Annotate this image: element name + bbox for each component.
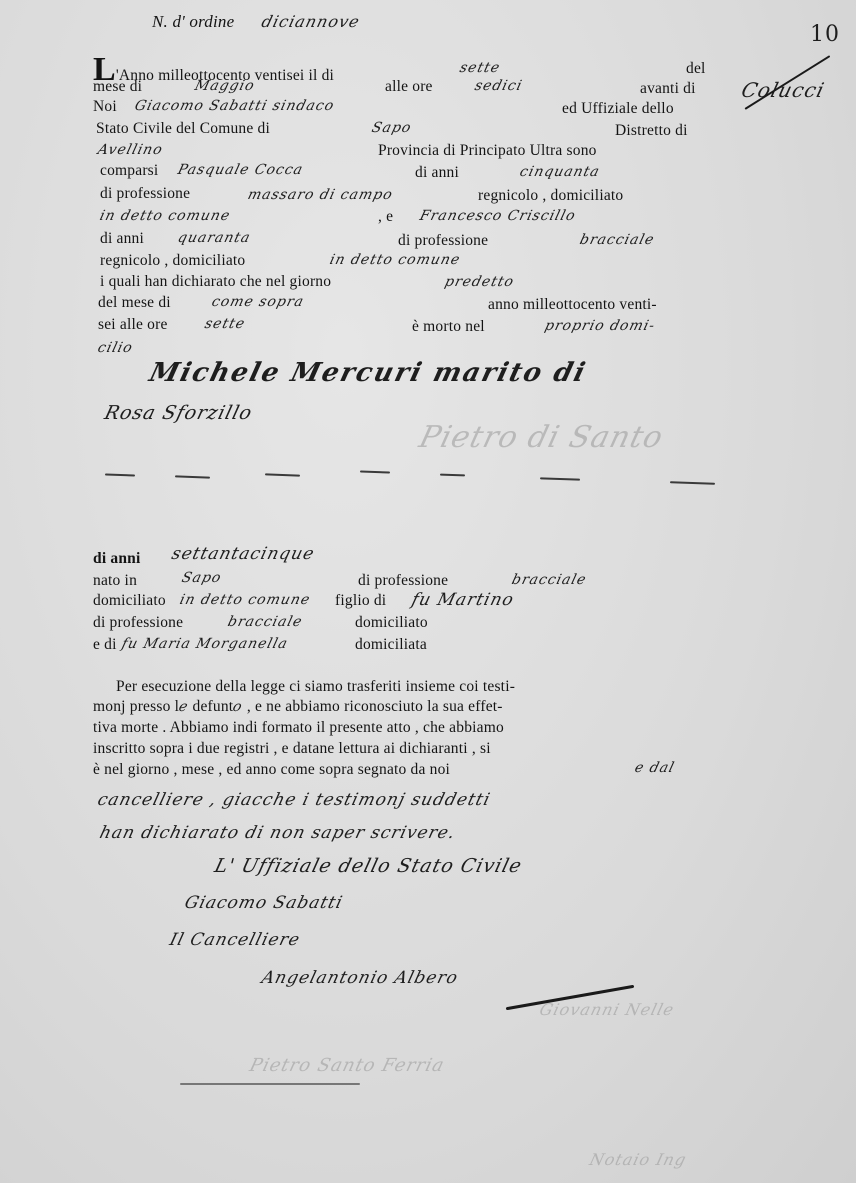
record-text: di professione <box>100 185 190 203</box>
ghost-stroke <box>180 1083 360 1085</box>
order-number-label: N. d' ordine <box>152 12 234 32</box>
detail-label: di professione <box>358 572 448 590</box>
deceased-profession: bracciale <box>510 572 588 588</box>
detail-label: di anni <box>93 550 141 568</box>
month-field: Maggio <box>193 78 257 94</box>
record-text: regnicolo , domiciliato <box>100 252 245 270</box>
record-text: di professione <box>398 232 488 250</box>
record-text: , e <box>378 208 393 226</box>
record-text: regnicolo , domiciliato <box>478 187 623 205</box>
detail-label: e di <box>93 636 117 654</box>
distretto-field: Avellino <box>96 142 165 158</box>
record-text: di anni <box>100 230 144 248</box>
deceased-domicile: in detto comune <box>178 592 312 608</box>
closing-handwritten: han dichiarato di non saper scrivere. <box>98 823 458 843</box>
declarant1-age: cinquanta <box>518 164 602 180</box>
record-text: anno milleottocento venti- <box>488 296 657 314</box>
deceased-name: Michele Mercuri marito di <box>146 358 590 388</box>
record-text: del <box>686 60 706 78</box>
comune-field: Sapo <box>370 120 413 136</box>
detail-label: domiciliato <box>93 592 166 610</box>
page-number: 10 <box>810 22 840 47</box>
fill-dash <box>105 473 135 476</box>
declarant2-name: Francesco Criscillo <box>418 208 578 224</box>
bleed-through-text: Pietro Santo Ferria <box>247 1055 446 1076</box>
record-text: Stato Civile del Comune di <box>96 120 270 138</box>
closing-handwritten: cancelliere , giacche i testimonj suddet… <box>96 790 493 810</box>
death-day-field: predetto <box>443 274 516 290</box>
closing-text: monj presso le defunto , e ne abbiamo ri… <box>93 698 503 716</box>
day-field: sette <box>458 60 502 76</box>
bleed-through-text: Notaio Ing <box>588 1150 689 1169</box>
declarant1-name: Pasquale Cocca <box>176 162 305 178</box>
closing-text: tiva morte . Abbiamo indi formato il pre… <box>93 719 504 737</box>
record-text: alle ore <box>385 78 433 96</box>
bleed-through-text: Giovanni Nelle <box>538 1000 677 1019</box>
record-text: Distretto di <box>615 122 688 140</box>
closing-handwritten: e dal <box>633 760 677 776</box>
declarant2-profession: bracciale <box>578 232 656 248</box>
declarant2-domicile: in detto comune <box>328 252 462 268</box>
record-text: di anni <box>415 164 459 182</box>
fill-dash <box>175 475 210 478</box>
deceased-age: settantacinque <box>170 544 317 564</box>
deceased-spouse: Rosa Sforzillo <box>102 402 255 424</box>
record-text: del mese di <box>98 294 171 312</box>
record-text: Provincia di Principato Ultra sono <box>378 142 597 160</box>
fill-dash <box>540 477 580 480</box>
fill-dash <box>265 473 300 476</box>
margin-note: Colucci <box>739 78 827 102</box>
fill-dash <box>670 481 715 485</box>
record-text: i quali han dichiarato che nel giorno <box>100 273 331 291</box>
record-text: comparsi <box>100 162 158 180</box>
closing-text: è nel giorno , mese , ed anno come sopra… <box>93 761 450 779</box>
record-text: Noi <box>93 98 117 116</box>
birthplace: Sapo <box>180 570 223 586</box>
death-month-field: come sopra <box>210 294 306 310</box>
record-text: sei alle ore <box>98 316 168 334</box>
father-name: fu Martino <box>410 590 517 610</box>
closing-text: inscritto sopra i due registri , e datan… <box>93 740 491 758</box>
record-text: avanti di <box>640 80 696 98</box>
fill-dash <box>440 474 465 477</box>
official-title: L' Uffiziale dello Stato Civile <box>212 855 524 877</box>
death-place-cont: cilio <box>96 340 135 356</box>
detail-label: domiciliato <box>355 614 428 632</box>
mother-name: fu Maria Morganella <box>120 636 290 652</box>
declarant1-domicile: in detto comune <box>98 208 232 224</box>
official-signature: Giacomo Sabatti <box>183 893 346 913</box>
detail-label: figlio di <box>335 592 386 610</box>
father-profession: bracciale <box>226 614 304 630</box>
official-field: Giacomo Sabatti sindaco <box>133 98 336 114</box>
record-text: è morto nel <box>412 318 485 336</box>
detail-label: domiciliata <box>355 636 427 654</box>
death-place-field: proprio domi- <box>543 318 657 334</box>
record-text: ed Uffiziale dello <box>562 100 674 118</box>
bleed-through-text: Pietro di Santo <box>416 420 667 455</box>
clerk-title: Il Cancelliere <box>168 930 303 950</box>
fill-dash <box>360 470 390 473</box>
declarant1-profession: massaro di campo <box>246 187 395 203</box>
record-text: mese di <box>93 78 142 96</box>
detail-label: di professione <box>93 614 183 632</box>
closing-text: Per esecuzione della legge ci siamo tras… <box>116 678 515 696</box>
detail-label: nato in <box>93 572 137 590</box>
clerk-signature: Angelantonio Albero <box>260 968 461 988</box>
document-page: Pietro di Santo Giovanni Nelle Pietro Sa… <box>0 0 856 1183</box>
order-number-value: diciannove <box>260 12 362 31</box>
death-hour-field: sette <box>203 316 247 332</box>
declarant2-age: quaranta <box>176 230 252 246</box>
hour-field: sedici <box>473 78 524 94</box>
